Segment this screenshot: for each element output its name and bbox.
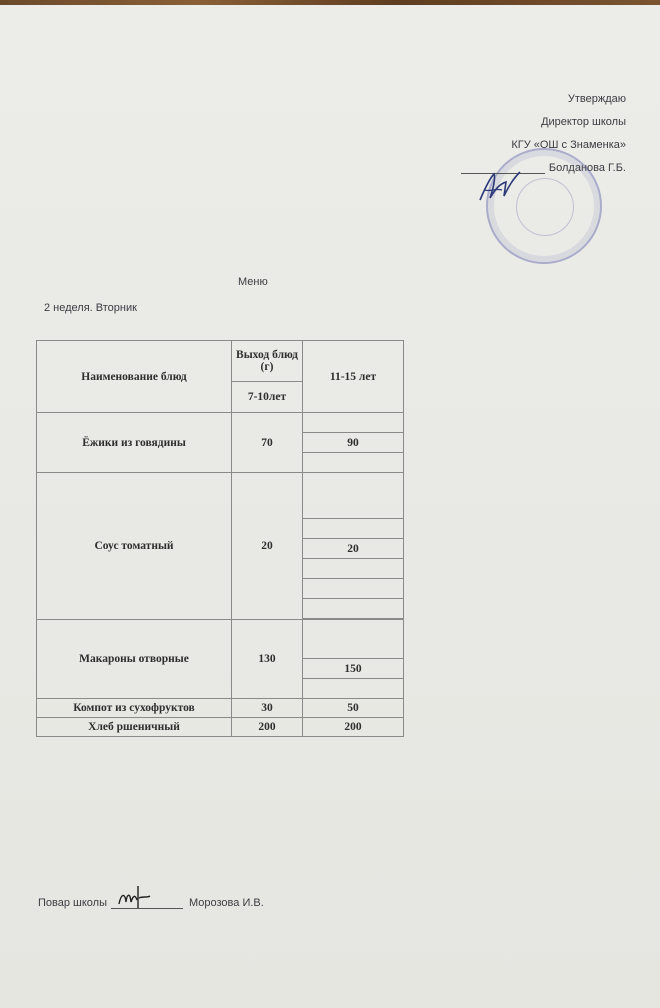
subcell: [303, 679, 404, 699]
approval-signatory: Болданова Г.Б.: [549, 162, 626, 174]
table-row: Хлеб ршеничный 200 200: [37, 718, 404, 737]
header-age-11-15: 11-15 лет: [303, 341, 404, 413]
dish-yield-old: 200: [303, 718, 404, 737]
subcell: [303, 620, 404, 659]
cook-name: Морозова И.В.: [189, 897, 264, 909]
dish-yield-old: 90: [303, 433, 404, 453]
cook-signature-icon: [117, 884, 151, 910]
table-row: Макароны отворные 130: [37, 620, 404, 659]
cook-signature-block: Повар школы Морозова И.В.: [38, 897, 264, 909]
dish-name: Компот из сухофруктов: [37, 699, 232, 718]
subcell: [303, 559, 404, 579]
approval-position: Директор школы: [461, 117, 626, 140]
dish-name: Макароны отворные: [37, 620, 232, 699]
document-title: Меню: [238, 276, 268, 288]
table-header-row: Наименование блюд Выход блюд (г) 11-15 л…: [37, 341, 404, 382]
dish-yield-young: 70: [232, 413, 303, 473]
dish-name: Хлеб ршеничный: [37, 718, 232, 737]
dish-yield-young: 30: [232, 699, 303, 718]
director-signature-icon: [476, 166, 526, 206]
header-age-7-10: 7-10лет: [232, 382, 303, 413]
signature-line: [111, 898, 183, 909]
subcell: [303, 519, 404, 539]
dish-yield-young: 200: [232, 718, 303, 737]
dish-name: Ёжики из говядины: [37, 413, 232, 473]
dish-yield-old: 150: [303, 659, 404, 679]
subcell: [303, 473, 404, 519]
subcell: [303, 599, 404, 619]
dish-yield-young: 20: [232, 473, 303, 620]
cook-label: Повар школы: [38, 897, 107, 909]
dish-name: Соус томатный: [37, 473, 232, 620]
dish-yield-young: 130: [232, 620, 303, 699]
subcell: [303, 413, 404, 433]
document-subtitle: 2 неделя. Вторник: [44, 302, 137, 314]
table-row: Соус томатный 20: [37, 473, 404, 519]
subcell: [303, 453, 404, 473]
approval-organization: КГУ «ОШ с Знаменка»: [461, 140, 626, 163]
subcell: [303, 579, 404, 599]
dish-yield-old: 50: [303, 699, 404, 718]
dish-yield-old: 20: [303, 539, 404, 559]
header-dish-name: Наименование блюд: [37, 341, 232, 413]
menu-table: Наименование блюд Выход блюд (г) 11-15 л…: [36, 340, 404, 737]
header-yield: Выход блюд (г): [232, 341, 303, 382]
approval-heading: Утверждаю: [461, 94, 626, 117]
table-row: Ёжики из говядины 70: [37, 413, 404, 433]
table-row: Компот из сухофруктов 30 50: [37, 699, 404, 718]
